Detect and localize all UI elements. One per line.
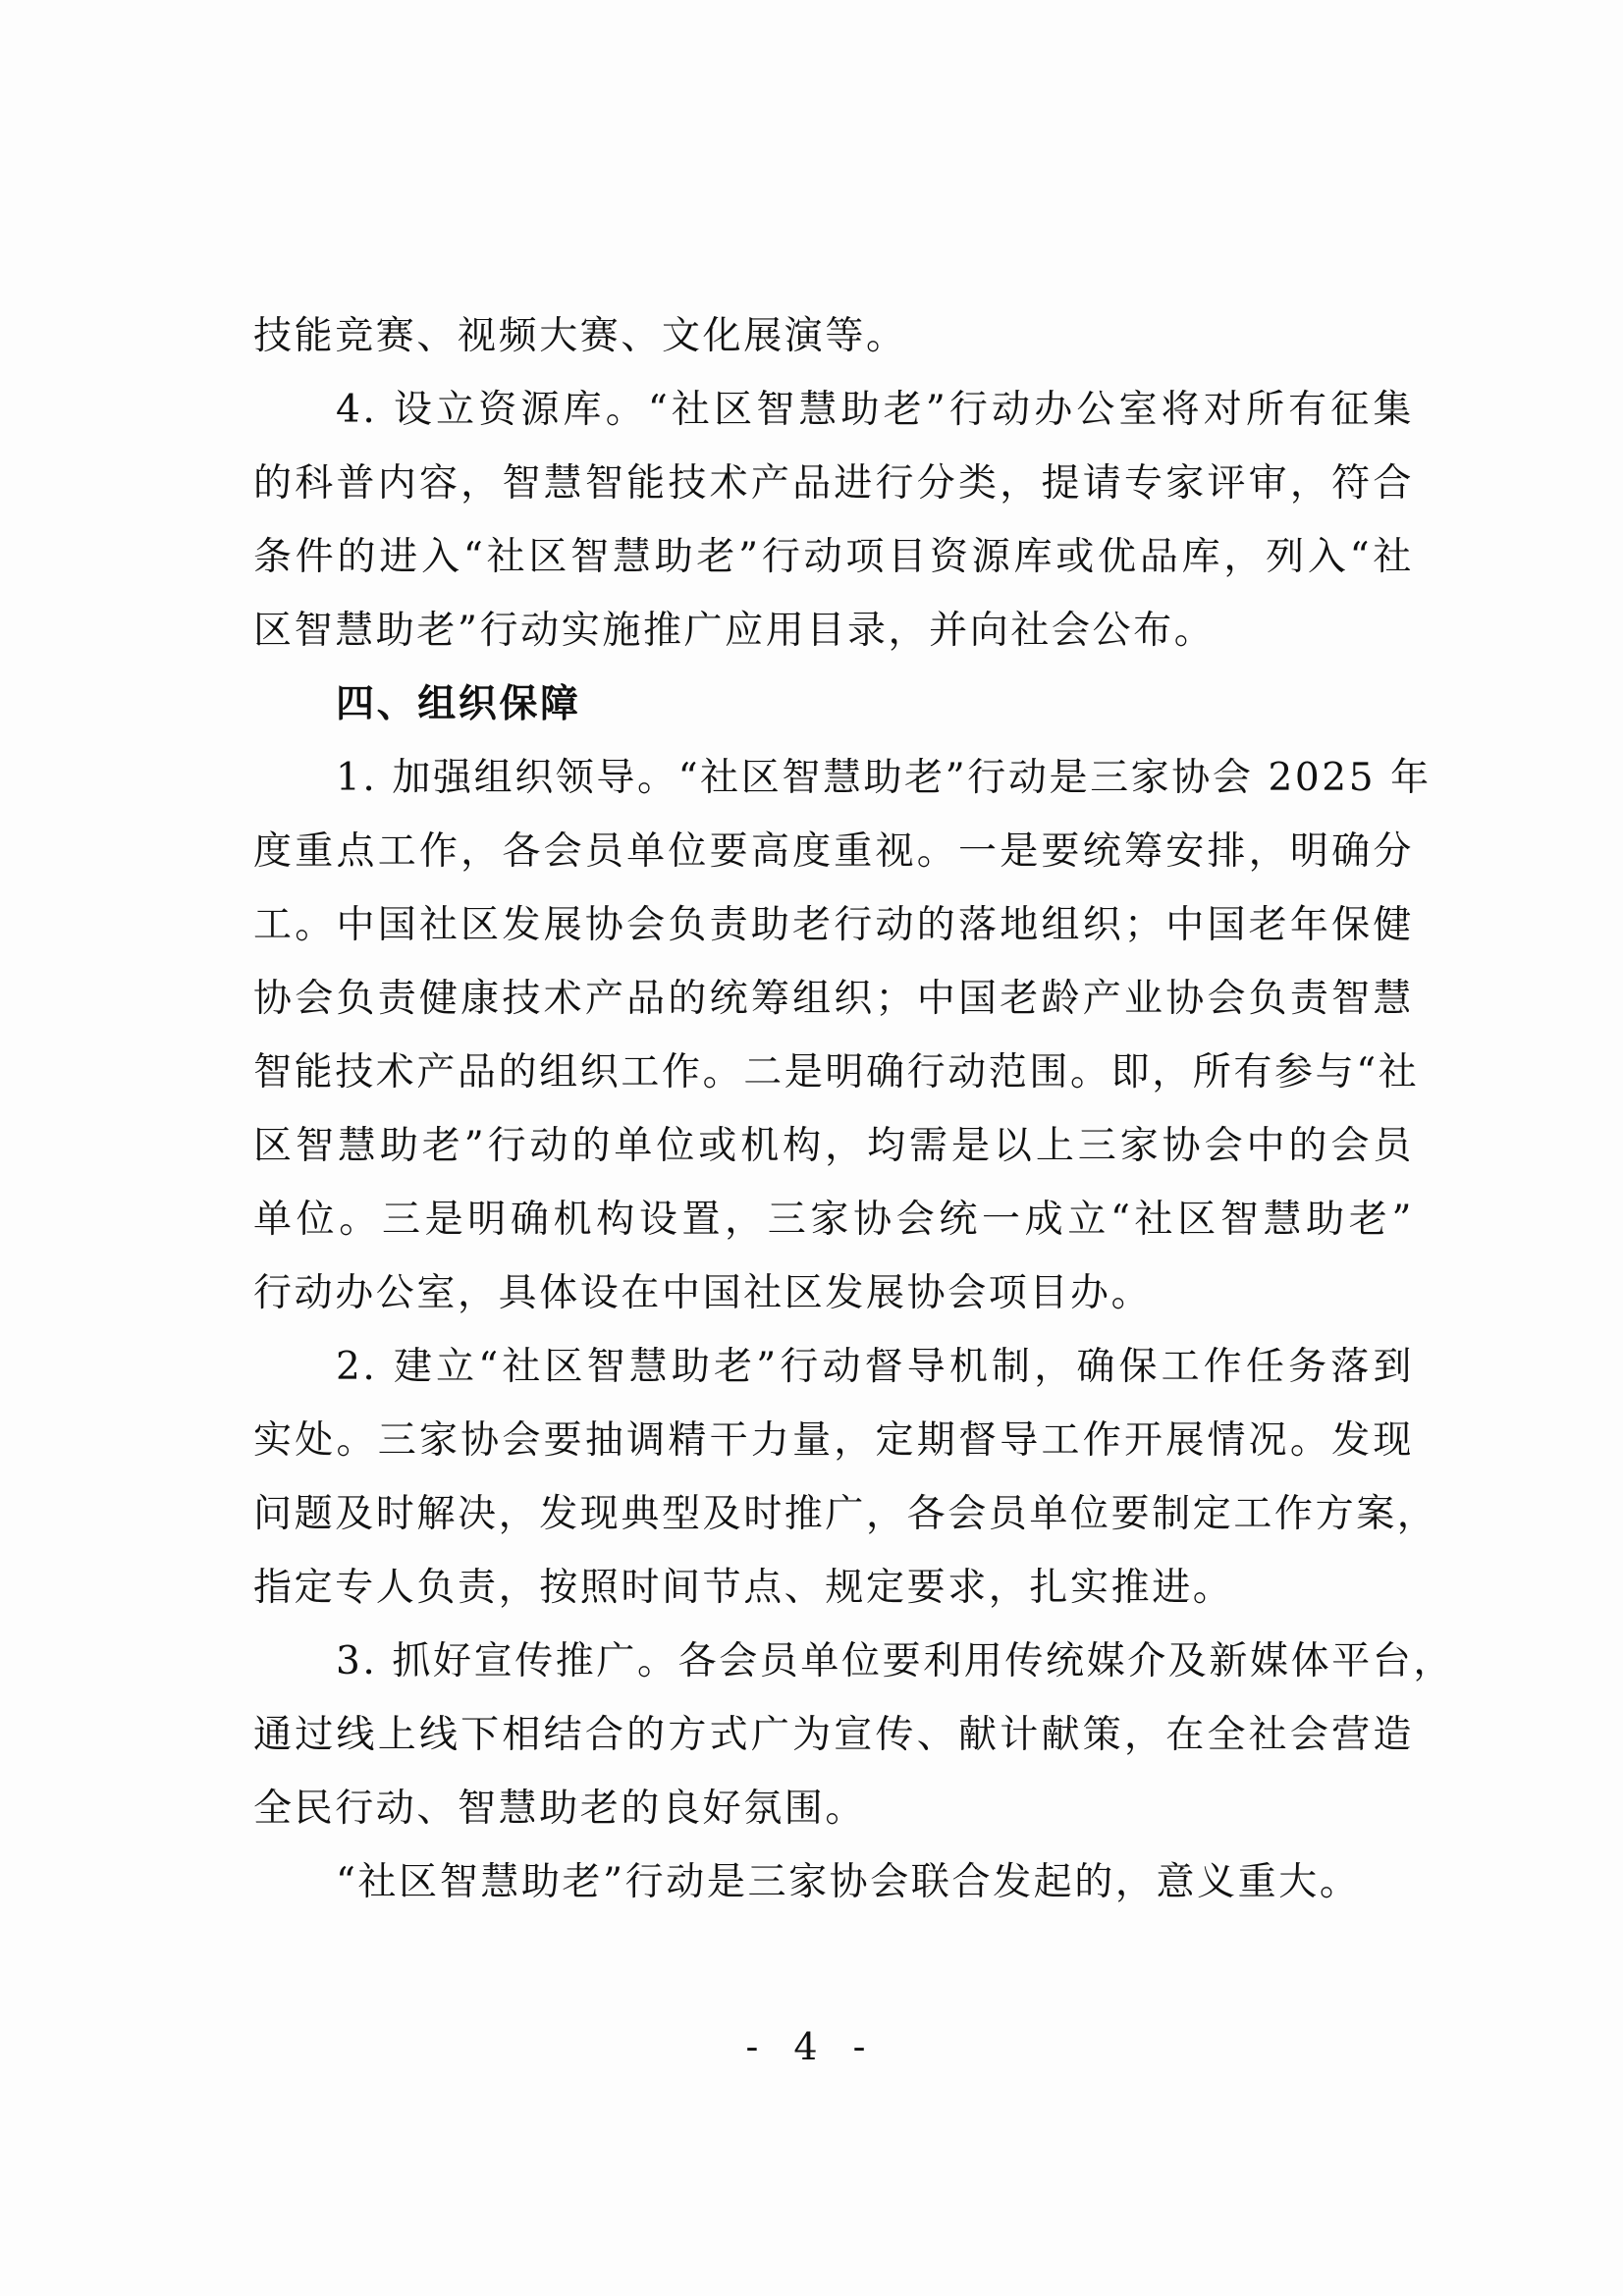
paragraph-line: 问题及时解决，发现典型及时推广，各会员单位要制定工作方案， — [253, 1477, 1414, 1551]
paragraph-line: 区智慧助老”行动实施推广应用目录，并向社会公布。 — [253, 594, 1414, 667]
paragraph-line: 单位。三是明确机构设置，三家协会统一成立“社区智慧助老” — [253, 1183, 1414, 1256]
section-heading: 四、组织保障 — [253, 667, 1414, 741]
paragraph-line: 技能竞赛、视频大赛、文化展演等。 — [253, 299, 1414, 373]
paragraph-line: 3. 抓好宣传推广。各会员单位要利用传统媒介及新媒体平台， — [253, 1625, 1414, 1698]
paragraph-line: 工。中国社区发展协会负责助老行动的落地组织；中国老年保健 — [253, 888, 1414, 962]
document-page: 技能竞赛、视频大赛、文化展演等。 4. 设立资源库。“社区智慧助老”行动办公室将… — [0, 0, 1623, 2296]
paragraph-line: 4. 设立资源库。“社区智慧助老”行动办公室将对所有征集 — [253, 373, 1414, 447]
paragraph-line: 行动办公室，具体设在中国社区发展协会项目办。 — [253, 1256, 1414, 1330]
paragraph-line: 指定专人负责，按照时间节点、规定要求，扎实推进。 — [253, 1551, 1414, 1625]
paragraph-line: 全民行动、智慧助老的良好氛围。 — [253, 1772, 1414, 1845]
paragraph-line: 智能技术产品的组织工作。二是明确行动范围。即，所有参与“社 — [253, 1036, 1414, 1109]
paragraph-line: 协会负责健康技术产品的统筹组织；中国老龄产业协会负责智慧 — [253, 962, 1414, 1036]
paragraph-line: 2. 建立“社区智慧助老”行动督导机制，确保工作任务落到 — [253, 1330, 1414, 1404]
paragraph-line: 的科普内容，智慧智能技术产品进行分类，提请专家评审，符合 — [253, 447, 1414, 520]
paragraph-line: 实处。三家协会要抽调精干力量，定期督导工作开展情况。发现 — [253, 1404, 1414, 1477]
paragraph-line: 通过线上线下相结合的方式广为宣传、献计献策，在全社会营造 — [253, 1698, 1414, 1772]
paragraph-line: 条件的进入“社区智慧助老”行动项目资源库或优品库，列入“社 — [253, 520, 1414, 594]
page-number: - 4 - — [0, 2024, 1623, 2069]
paragraph-line: “社区智慧助老”行动是三家协会联合发起的，意义重大。 — [253, 1845, 1414, 1919]
document-body: 技能竞赛、视频大赛、文化展演等。 4. 设立资源库。“社区智慧助老”行动办公室将… — [253, 299, 1414, 1919]
paragraph-line: 1. 加强组织领导。“社区智慧助老”行动是三家协会 2025 年 — [253, 741, 1414, 815]
paragraph-line: 区智慧助老”行动的单位或机构，均需是以上三家协会中的会员 — [253, 1109, 1414, 1183]
paragraph-line: 度重点工作，各会员单位要高度重视。一是要统筹安排，明确分 — [253, 815, 1414, 888]
